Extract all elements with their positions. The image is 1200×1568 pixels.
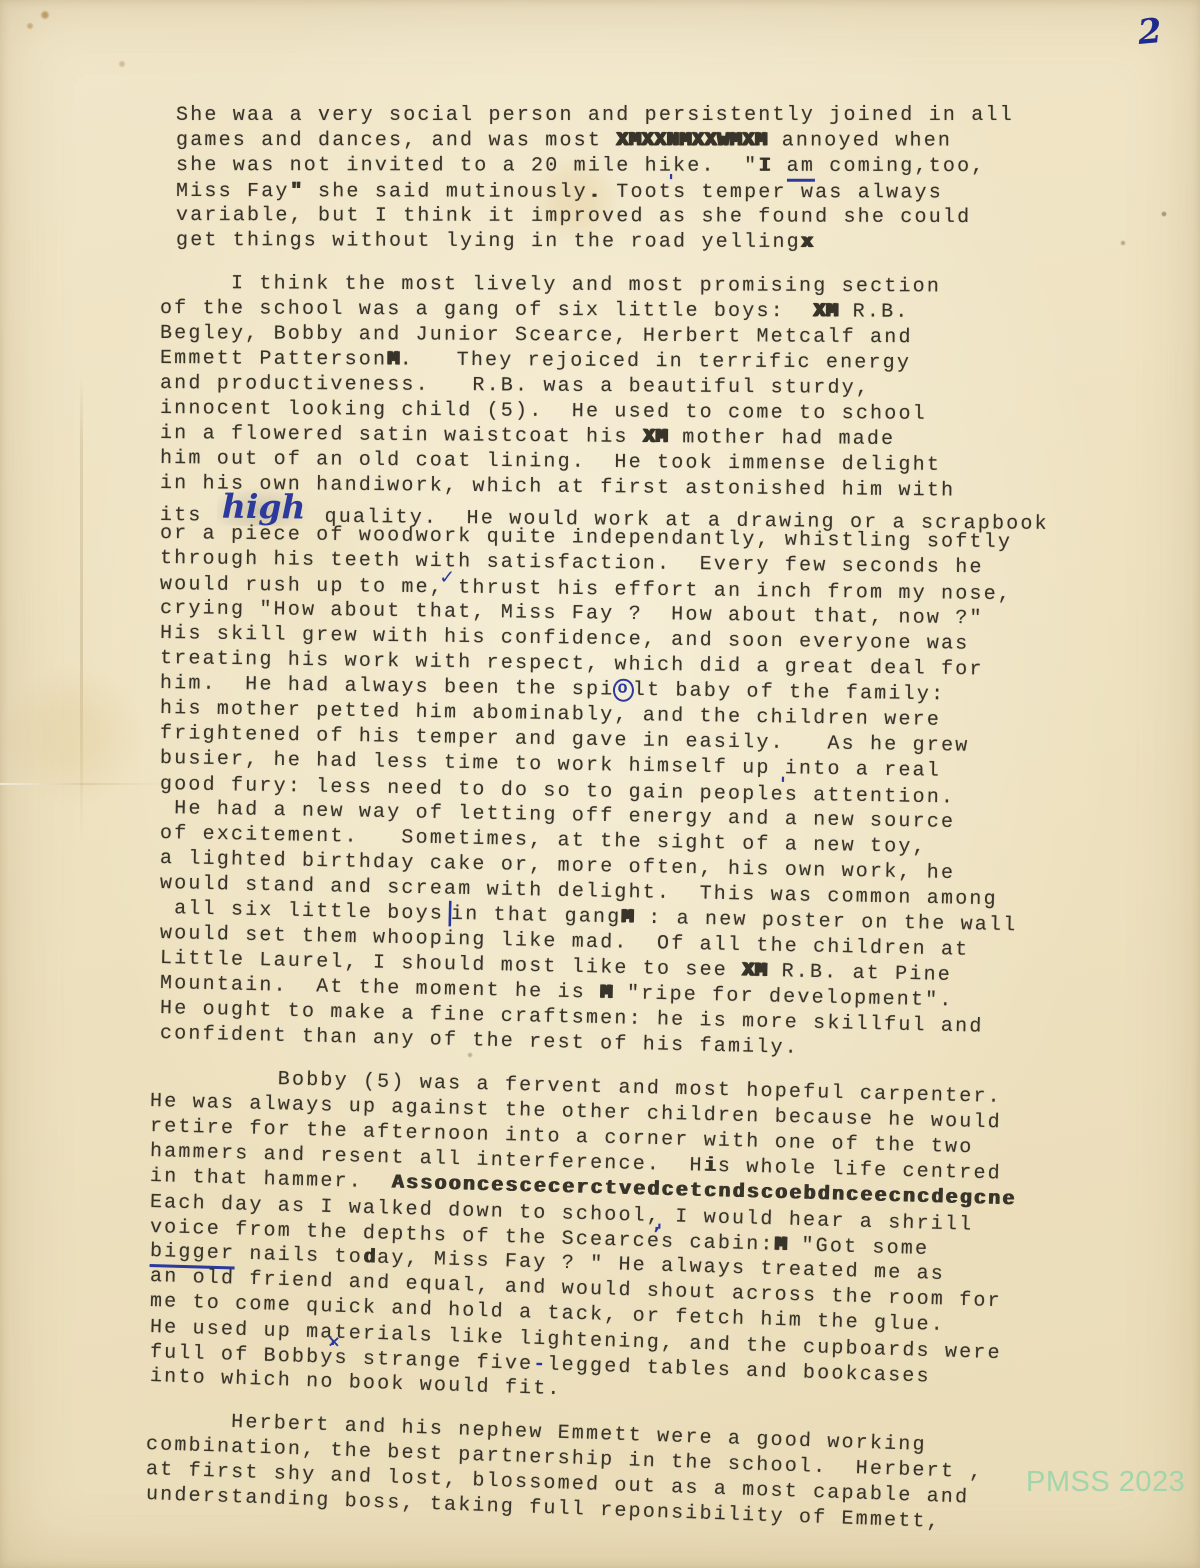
typed-text: she said mutinously [304, 180, 588, 204]
overtyped-strikeout: XM [742, 959, 768, 983]
typed-text: of the school was a gang of six little b… [160, 297, 813, 323]
overtyped-strikeout: M [387, 348, 400, 371]
overtyped-text: d [363, 1246, 378, 1269]
overtyped-text: . [588, 181, 602, 204]
typed-text: "Got some [787, 1234, 930, 1261]
typed-text: in a flowered satin waistcoat his [160, 422, 643, 449]
text-line: variable, but I think it improved as she… [176, 203, 1110, 230]
overtyped-strikeout: XM [643, 426, 668, 449]
typed-text: Miss Fay [176, 180, 290, 203]
overtyped-strikeout: x [801, 231, 814, 254]
typed-text: nails to [235, 1242, 363, 1269]
text-line: She waa a very social person and persist… [176, 103, 1110, 128]
paper-crease-horizontal [0, 783, 170, 785]
overtyped-strikeout: XM [813, 300, 838, 323]
paragraph: Herbert and his nephew Emmett were a goo… [146, 1407, 1110, 1507]
overtyped-strikeout: XMXXNMXXWMXM [616, 129, 767, 152]
handwritten-page-number: 2 [1136, 11, 1163, 53]
overtyped-text: i [703, 1155, 718, 1178]
text-line: get things without lying in the road yel… [176, 228, 1110, 256]
text-line: she was not invited to a 20 mile hike. "… [176, 153, 1110, 179]
typed-text: and productiveness. R.B. was a beautiful… [160, 372, 870, 400]
typed-text: lt baby of the family: [633, 679, 946, 707]
overtyped-strikeout: M [621, 906, 634, 929]
paper-crease-vertical [80, 375, 83, 845]
typed-text: mother had made [668, 426, 895, 451]
typed-text: in that gang [451, 903, 622, 929]
typed-text [772, 155, 786, 178]
typed-text: s cabin: [661, 1230, 775, 1256]
blue-ink-character: - [533, 1353, 548, 1376]
typed-text: R.B. at Pine [767, 960, 952, 987]
typed-text: get things without lying in the road yel… [176, 229, 801, 254]
typed-text: coming,too, [815, 155, 985, 178]
handwritten-word: high [217, 487, 311, 527]
typed-text: Begley, Bobby and Junior Scearce, Herber… [160, 322, 913, 349]
watermark: PMSS 2023 [1026, 1466, 1185, 1499]
blue-underlined-word: am [787, 155, 815, 182]
typed-text: would rush up to me, [160, 573, 444, 599]
overtyped-strikeout: M [774, 1234, 787, 1257]
typed-text: Toot [602, 181, 673, 204]
blue-circled-letter: o [613, 679, 634, 702]
typed-text: Emmett Patterson [160, 347, 387, 371]
blue-insert-mark: ' [329, 1336, 330, 1361]
text-line: games and dances, and was most XMXXNMXXW… [176, 128, 1110, 154]
text-line: Miss Fay" she said mutinously. Toot's te… [176, 178, 1110, 205]
typed-text: s temper was always [673, 181, 943, 205]
typed-text: R.B. [838, 300, 909, 323]
typed-text: variable, but I think it improved as she… [176, 204, 971, 229]
typed-text: s attention. [785, 784, 956, 810]
paragraph: Bobby (5) was a fervent and most hopeful… [150, 1064, 1110, 1389]
typed-text-body: She waa a very social person and persist… [150, 103, 1110, 1507]
blue-insert-mark: ' [656, 1219, 657, 1244]
typed-text: annoyed when [767, 129, 952, 152]
overtyped-strikeout: M [600, 982, 613, 1005]
paragraph: I think the most lively and most promisi… [160, 271, 1110, 1046]
typed-text: She waa a very social person and persist… [176, 104, 1014, 127]
scanned-page: 2 She waa a very social person and persi… [0, 0, 1200, 1568]
overtyped-text: " [290, 180, 304, 203]
paragraph: She waa a very social person and persist… [176, 103, 1110, 253]
typed-text: I think the most lively and most promisi… [160, 272, 941, 298]
typed-text: . They rejoiced in terrific energy [400, 349, 911, 375]
overtyped-text: I [758, 155, 772, 178]
typed-text: games and dances, and was most [176, 129, 616, 152]
